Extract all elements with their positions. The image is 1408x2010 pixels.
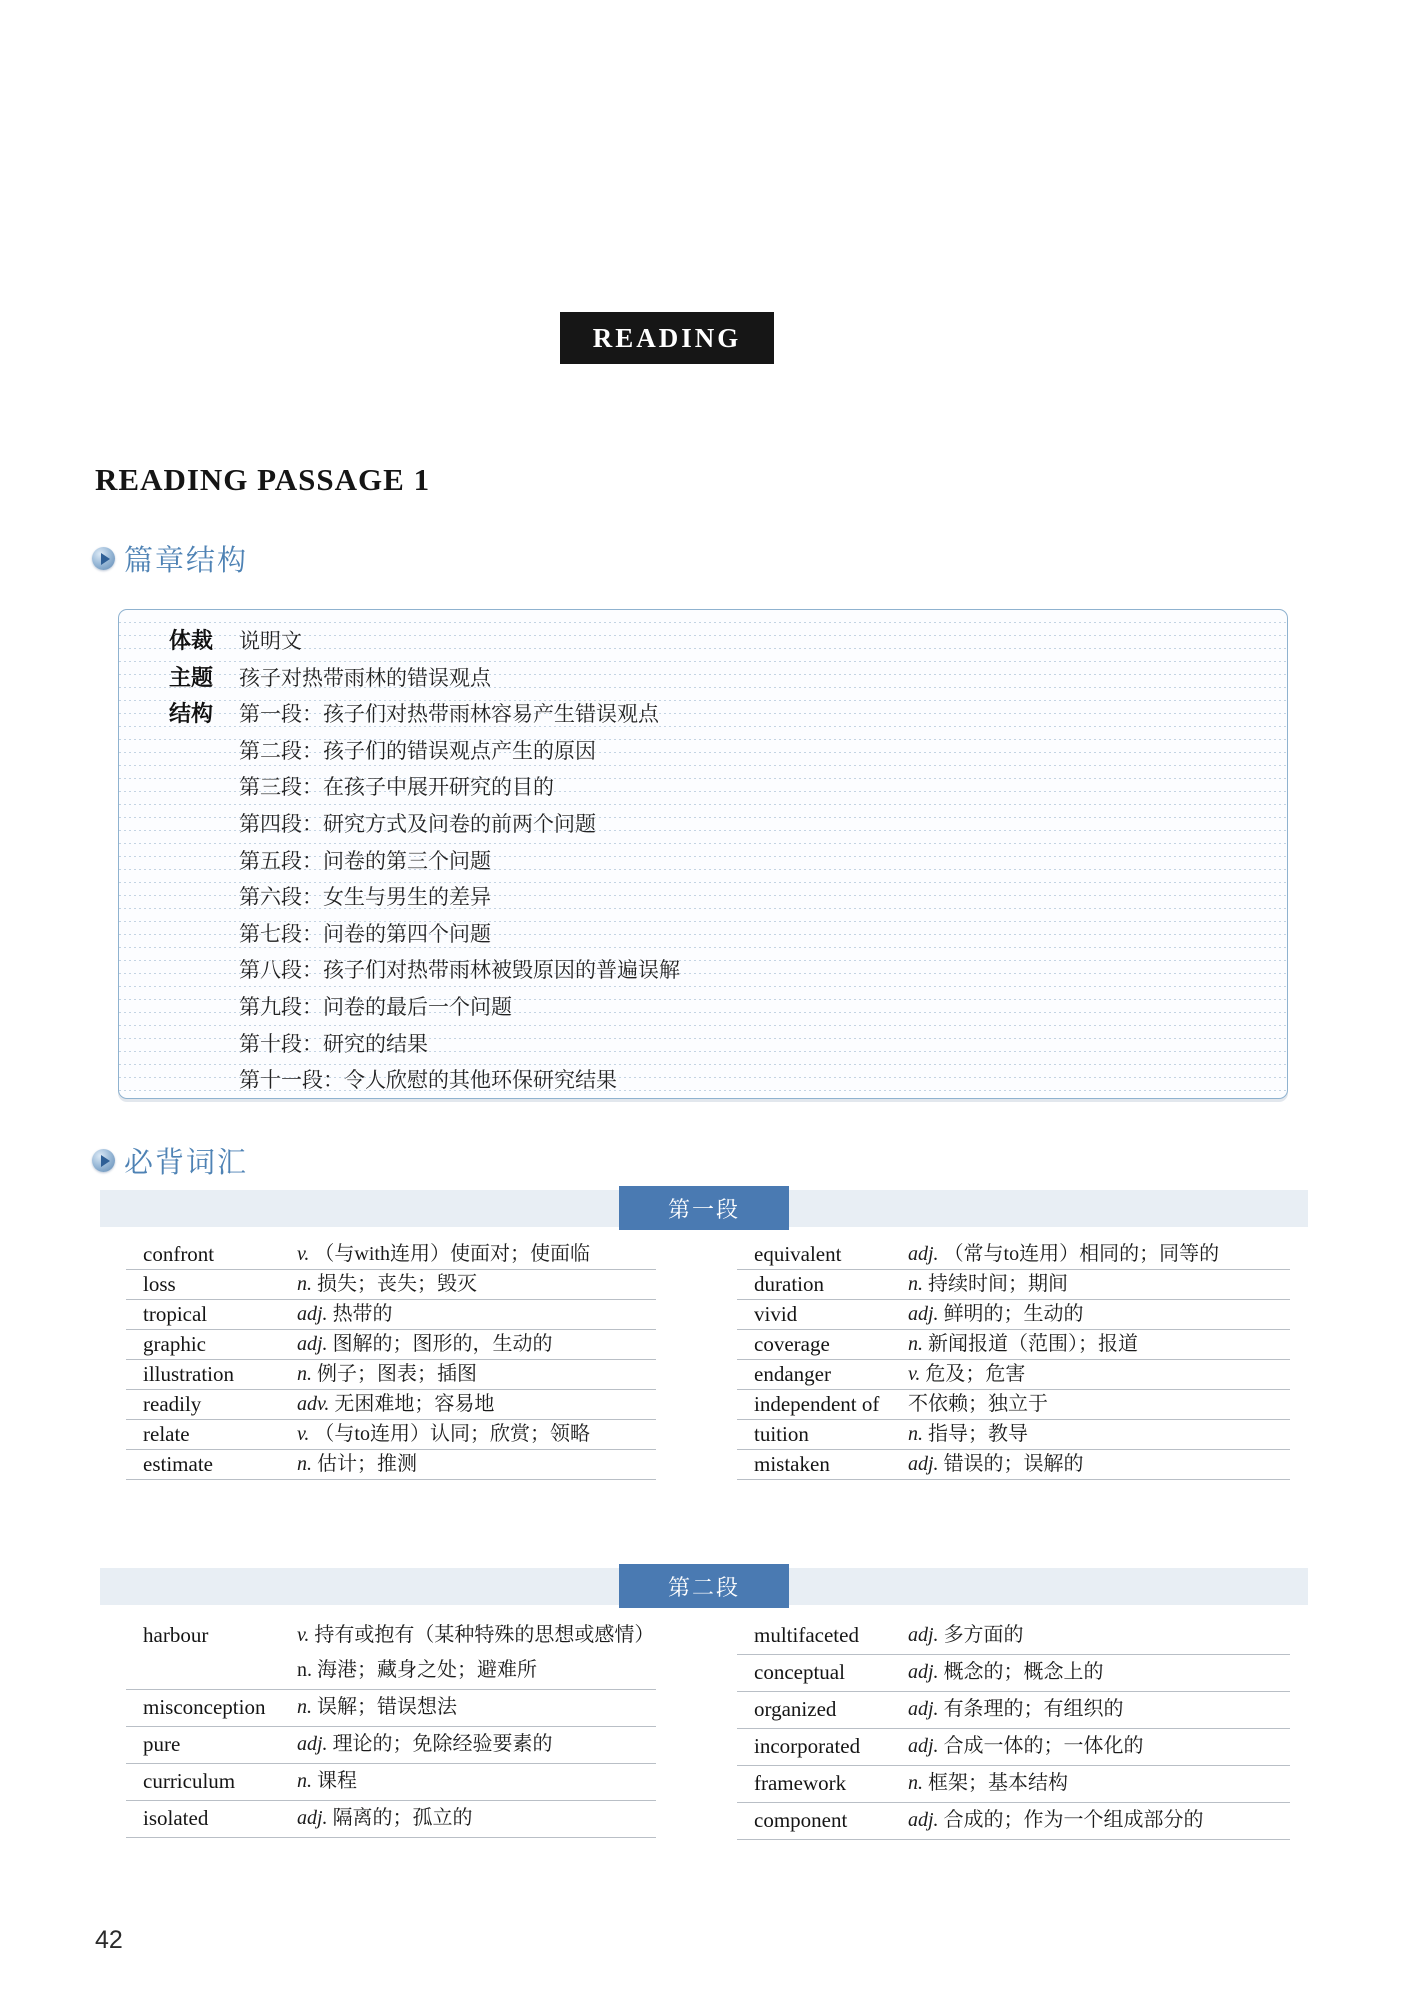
table-right-column: multifacetedadj.多方面的 conceptualadj.概念的；概… — [737, 1618, 1290, 1840]
vocab-pos: n. — [297, 1696, 312, 1718]
paragraph-line: 第五段：问卷的第三个问题 — [239, 843, 491, 880]
vocab-pos: adj. — [908, 1303, 939, 1325]
paragraph-row: 第五段：问卷的第三个问题 — [239, 843, 1287, 880]
vocab-def-text: 课程 — [317, 1770, 357, 1792]
vocab-word: vivid — [737, 1300, 908, 1329]
vocab-word: component — [737, 1803, 908, 1838]
vocab-row: endangerv.危及；危害 — [737, 1360, 1290, 1390]
vocab-word: organized — [737, 1692, 908, 1727]
paragraph-line: 第七段：问卷的第四个问题 — [239, 916, 491, 953]
vocab-definition: adj.鲜明的；生动的 — [908, 1300, 1290, 1329]
vocab-definition: adj.有条理的；有组织的 — [908, 1692, 1290, 1727]
vocab-word: curriculum — [126, 1764, 297, 1799]
vocab-row: graphicadj.图解的；图形的，生动的 — [126, 1330, 656, 1360]
vocab-def-text: （与to连用）认同；欣赏；领略 — [314, 1423, 590, 1445]
vocab-definition: adj.错误的；误解的 — [908, 1450, 1290, 1479]
vocab-def-text: 持有或抱有（某种特殊的思想或感情）n. 海港；藏身之处；避难所 — [297, 1624, 654, 1681]
section-heading-structure-label: 篇章结构 — [124, 538, 248, 579]
vocab-def-text: 多方面的 — [944, 1624, 1024, 1646]
vocab-pos: adj. — [297, 1807, 328, 1829]
vocab-def-text: 图解的；图形的，生动的 — [333, 1333, 553, 1355]
topic-label: 主题 — [169, 660, 225, 697]
vocab-definition: adj.图解的；图形的，生动的 — [297, 1330, 656, 1359]
vocab-pos: n. — [297, 1273, 312, 1295]
vocab-table-paragraph-1: 第一段 confrontv.（与with连用）使面对；使面临 lossn.损失；… — [100, 1190, 1308, 1480]
table-header-tab: 第一段 — [619, 1186, 789, 1230]
genre-value: 说明文 — [239, 623, 302, 660]
paragraph-line: 第六段：女生与男生的差异 — [239, 879, 491, 916]
paragraph-line: 第三段：在孩子中展开研究的目的 — [239, 769, 554, 806]
table-right-column: equivalentadj.（常与to连用）相同的；同等的 durationn.… — [737, 1240, 1290, 1480]
vocab-pos: v. — [297, 1423, 309, 1445]
vocab-pos: adj. — [908, 1661, 939, 1683]
arrow-icon — [101, 1155, 110, 1167]
vocab-row: independent of不依赖；独立于 — [737, 1390, 1290, 1420]
structure-row: 结构 第一段：孩子们对热带雨林容易产生错误观点 — [119, 696, 1287, 733]
vocab-row: pureadj.理论的；免除经验要素的 — [126, 1727, 656, 1764]
vocab-definition: v.持有或抱有（某种特殊的思想或感情）n. 海港；藏身之处；避难所 — [297, 1618, 656, 1688]
table-left-column: confrontv.（与with连用）使面对；使面临 lossn.损失；丧失；毁… — [126, 1240, 656, 1480]
vocab-pos: adj. — [297, 1333, 328, 1355]
vocab-def-text: 指导；教导 — [928, 1423, 1028, 1445]
vocab-def-text: 误解；错误想法 — [317, 1696, 457, 1718]
table-left-column: harbourv.持有或抱有（某种特殊的思想或感情）n. 海港；藏身之处；避难所… — [126, 1618, 656, 1840]
vocab-row: confrontv.（与with连用）使面对；使面临 — [126, 1240, 656, 1270]
vocab-definition: adj.热带的 — [297, 1300, 656, 1329]
vocab-row: multifacetedadj.多方面的 — [737, 1618, 1290, 1655]
vocab-def-text: 理论的；免除经验要素的 — [333, 1733, 553, 1755]
paragraph-row: 第四段：研究方式及问卷的前两个问题 — [239, 806, 1287, 843]
vocab-word: readily — [126, 1390, 297, 1419]
vocab-pos: adj. — [908, 1698, 939, 1720]
vocab-definition: v.危及；危害 — [908, 1360, 1290, 1389]
vocab-word: estimate — [126, 1450, 297, 1479]
vocab-pos: n. — [297, 1770, 312, 1792]
vocab-word: tropical — [126, 1300, 297, 1329]
vocab-definition: adj.概念的；概念上的 — [908, 1655, 1290, 1690]
vocab-def-text: 概念的；概念上的 — [944, 1661, 1104, 1683]
vocab-definition: adv.无困难地；容易地 — [297, 1390, 656, 1419]
table-header-tab: 第二段 — [619, 1564, 789, 1608]
table-header-bar: 第二段 — [100, 1568, 1308, 1605]
reading-banner: READING — [560, 312, 774, 364]
vocab-word: illustration — [126, 1360, 297, 1389]
vocab-word: confront — [126, 1240, 297, 1269]
vocab-definition: 不依赖；独立于 — [908, 1390, 1290, 1419]
paragraph-row: 第三段：在孩子中展开研究的目的 — [239, 769, 1287, 806]
vocab-definition: n.例子；图表；插图 — [297, 1360, 656, 1389]
vocab-word: endanger — [737, 1360, 908, 1389]
vocab-definition: n.持续时间；期间 — [908, 1270, 1290, 1299]
vocab-pos: n. — [297, 1363, 312, 1385]
vocab-definition: n.损失；丧失；毁灭 — [297, 1270, 656, 1299]
vocab-row: durationn.持续时间；期间 — [737, 1270, 1290, 1300]
vocab-definition: n.估计；推测 — [297, 1450, 656, 1479]
vocab-table-paragraph-2: 第二段 harbourv.持有或抱有（某种特殊的思想或感情）n. 海港；藏身之处… — [100, 1568, 1308, 1840]
paragraph-row: 第十一段：令人欣慰的其他环保研究结果 — [239, 1062, 1287, 1099]
vocab-row: harbourv.持有或抱有（某种特殊的思想或感情）n. 海港；藏身之处；避难所 — [126, 1618, 656, 1690]
genre-row: 体裁 说明文 — [119, 623, 1287, 660]
vocab-definition: n.新闻报道（范围）；报道 — [908, 1330, 1290, 1359]
vocab-word: loss — [126, 1270, 297, 1299]
vocab-definition: n.框架；基本结构 — [908, 1766, 1290, 1801]
page-number: 42 — [95, 1926, 123, 1955]
table-body: confrontv.（与with连用）使面对；使面临 lossn.损失；丧失；毁… — [100, 1240, 1308, 1480]
genre-label: 体裁 — [169, 623, 225, 660]
vocab-definition: n.误解；错误想法 — [297, 1690, 656, 1725]
vocab-row: curriculumn.课程 — [126, 1764, 656, 1801]
vocab-pos: adv. — [297, 1393, 329, 1415]
vocab-def-text: 无困难地；容易地 — [334, 1393, 494, 1415]
vocab-def-text: （与with连用）使面对；使面临 — [314, 1243, 590, 1265]
vocab-word: relate — [126, 1420, 297, 1449]
vocab-pos: adj. — [908, 1624, 939, 1646]
vocab-def-text: 框架；基本结构 — [928, 1772, 1068, 1794]
topic-row: 主题 孩子对热带雨林的错误观点 — [119, 660, 1287, 697]
vocab-pos: v. — [297, 1624, 309, 1646]
vocab-def-text: （常与to连用）相同的；同等的 — [944, 1243, 1220, 1265]
vocab-row: tropicaladj.热带的 — [126, 1300, 656, 1330]
vocab-definition: adj.合成的；作为一个组成部分的 — [908, 1803, 1290, 1838]
vocab-word: isolated — [126, 1801, 297, 1836]
vocab-word: coverage — [737, 1330, 908, 1359]
vocab-row: isolatedadj.隔离的；孤立的 — [126, 1801, 656, 1838]
vocab-word: equivalent — [737, 1240, 908, 1269]
arrow-sphere-icon — [92, 1149, 115, 1172]
vocab-definition: adj.隔离的；孤立的 — [297, 1801, 656, 1836]
paragraph-line: 第十段：研究的结果 — [239, 1026, 428, 1063]
vocab-word: conceptual — [737, 1655, 908, 1690]
vocab-row: componentadj.合成的；作为一个组成部分的 — [737, 1803, 1290, 1840]
paragraph-line: 第四段：研究方式及问卷的前两个问题 — [239, 806, 596, 843]
vocab-pos: adj. — [297, 1303, 328, 1325]
vocab-word: independent of — [737, 1390, 908, 1419]
vocab-definition: n.课程 — [297, 1764, 656, 1799]
vocab-def-text: 估计；推测 — [317, 1453, 417, 1475]
vocab-pos: adj. — [908, 1809, 939, 1831]
arrow-icon — [101, 553, 110, 565]
vocab-def-text: 隔离的；孤立的 — [333, 1807, 473, 1829]
topic-value: 孩子对热带雨林的错误观点 — [239, 660, 491, 697]
vocab-word: pure — [126, 1727, 297, 1762]
vocab-row: readilyadv.无困难地；容易地 — [126, 1390, 656, 1420]
vocab-def-text: 危及；危害 — [925, 1363, 1025, 1385]
structure-label: 结构 — [169, 696, 225, 733]
vocab-row: coveragen.新闻报道（范围）；报道 — [737, 1330, 1290, 1360]
vocab-definition: v.（与with连用）使面对；使面临 — [297, 1240, 656, 1269]
vocab-row: estimaten.估计；推测 — [126, 1450, 656, 1480]
vocab-pos: n. — [908, 1333, 923, 1355]
section-heading-vocab: 必背词汇 — [92, 1140, 248, 1181]
vocab-row: relatev.（与to连用）认同；欣赏；领略 — [126, 1420, 656, 1450]
vocab-definition: adj.（常与to连用）相同的；同等的 — [908, 1240, 1290, 1269]
section-heading-structure: 篇章结构 — [92, 538, 248, 579]
vocab-word: duration — [737, 1270, 908, 1299]
vocab-row: organizedadj.有条理的；有组织的 — [737, 1692, 1290, 1729]
vocab-pos: adj. — [908, 1243, 939, 1265]
structure-box: 体裁 说明文 主题 孩子对热带雨林的错误观点 结构 第一段：孩子们对热带雨林容易… — [118, 609, 1288, 1099]
vocab-word: graphic — [126, 1330, 297, 1359]
paragraph-row: 第十段：研究的结果 — [239, 1026, 1287, 1063]
paragraph-row: 第六段：女生与男生的差异 — [239, 879, 1287, 916]
vocab-definition: adj.理论的；免除经验要素的 — [297, 1727, 656, 1762]
vocab-row: mistakenadj.错误的；误解的 — [737, 1450, 1290, 1480]
vocab-definition: adj.多方面的 — [908, 1618, 1290, 1653]
paragraph-line: 第二段：孩子们的错误观点产生的原因 — [239, 733, 596, 770]
paragraph-line: 第十一段：令人欣慰的其他环保研究结果 — [239, 1062, 617, 1099]
reading-banner-label: READING — [593, 323, 742, 354]
vocab-word: incorporated — [737, 1729, 908, 1764]
vocab-def-text: 有条理的；有组织的 — [944, 1698, 1124, 1720]
vocab-row: misconceptionn.误解；错误想法 — [126, 1690, 656, 1727]
paragraph-row: 第七段：问卷的第四个问题 — [239, 916, 1287, 953]
vocab-pos: adj. — [908, 1453, 939, 1475]
vocab-row: conceptualadj.概念的；概念上的 — [737, 1655, 1290, 1692]
vocab-word: misconception — [126, 1690, 297, 1725]
table-header-bar: 第一段 — [100, 1190, 1308, 1227]
vocab-def-text: 持续时间；期间 — [928, 1273, 1068, 1295]
vocab-pos: v. — [297, 1243, 309, 1265]
paragraph-row: 第八段：孩子们对热带雨林被毁原因的普遍误解 — [239, 952, 1287, 989]
paragraph-row: 第二段：孩子们的错误观点产生的原因 — [239, 733, 1287, 770]
vocab-row: incorporatedadj.合成一体的；一体化的 — [737, 1729, 1290, 1766]
vocab-def-text: 合成的；作为一个组成部分的 — [944, 1809, 1204, 1831]
vocab-row: vividadj.鲜明的；生动的 — [737, 1300, 1290, 1330]
vocab-definition: v.（与to连用）认同；欣赏；领略 — [297, 1420, 656, 1449]
arrow-sphere-icon — [92, 547, 115, 570]
vocab-def-text: 错误的；误解的 — [944, 1453, 1084, 1475]
vocab-def-text: 新闻报道（范围）；报道 — [928, 1333, 1138, 1355]
vocab-pos: adj. — [297, 1733, 328, 1755]
section-heading-vocab-label: 必背词汇 — [124, 1140, 248, 1181]
vocab-row: frameworkn.框架；基本结构 — [737, 1766, 1290, 1803]
vocab-pos: n. — [297, 1453, 312, 1475]
vocab-pos: v. — [908, 1363, 920, 1385]
vocab-word: framework — [737, 1766, 908, 1801]
vocab-definition: adj.合成一体的；一体化的 — [908, 1729, 1290, 1764]
vocab-word: multifaceted — [737, 1618, 908, 1653]
vocab-def-text: 不依赖；独立于 — [908, 1393, 1048, 1415]
vocab-def-text: 鲜明的；生动的 — [944, 1303, 1084, 1325]
vocab-pos: adj. — [908, 1735, 939, 1757]
vocab-row: tuitionn.指导；教导 — [737, 1420, 1290, 1450]
vocab-def-text: 热带的 — [333, 1303, 393, 1325]
vocab-row: illustrationn.例子；图表；插图 — [126, 1360, 656, 1390]
vocab-word: tuition — [737, 1420, 908, 1449]
vocab-pos: n. — [908, 1772, 923, 1794]
vocab-row: lossn.损失；丧失；毁灭 — [126, 1270, 656, 1300]
vocab-word: harbour — [126, 1618, 297, 1688]
paragraph-line: 第九段：问卷的最后一个问题 — [239, 989, 512, 1026]
vocab-definition: n.指导；教导 — [908, 1420, 1290, 1449]
vocab-def-text: 损失；丧失；毁灭 — [317, 1273, 477, 1295]
vocab-word: mistaken — [737, 1450, 908, 1479]
vocab-pos: n. — [908, 1273, 923, 1295]
vocab-def-text: 例子；图表；插图 — [317, 1363, 477, 1385]
vocab-row: equivalentadj.（常与to连用）相同的；同等的 — [737, 1240, 1290, 1270]
paragraph-line: 第一段：孩子们对热带雨林容易产生错误观点 — [239, 696, 659, 733]
vocab-def-text: 合成一体的；一体化的 — [944, 1735, 1144, 1757]
table-body: harbourv.持有或抱有（某种特殊的思想或感情）n. 海港；藏身之处；避难所… — [100, 1618, 1308, 1840]
vocab-pos: n. — [908, 1423, 923, 1445]
paragraph-row: 第九段：问卷的最后一个问题 — [239, 989, 1287, 1026]
passage-title: READING PASSAGE 1 — [95, 462, 430, 498]
paragraph-line: 第八段：孩子们对热带雨林被毁原因的普遍误解 — [239, 952, 680, 989]
